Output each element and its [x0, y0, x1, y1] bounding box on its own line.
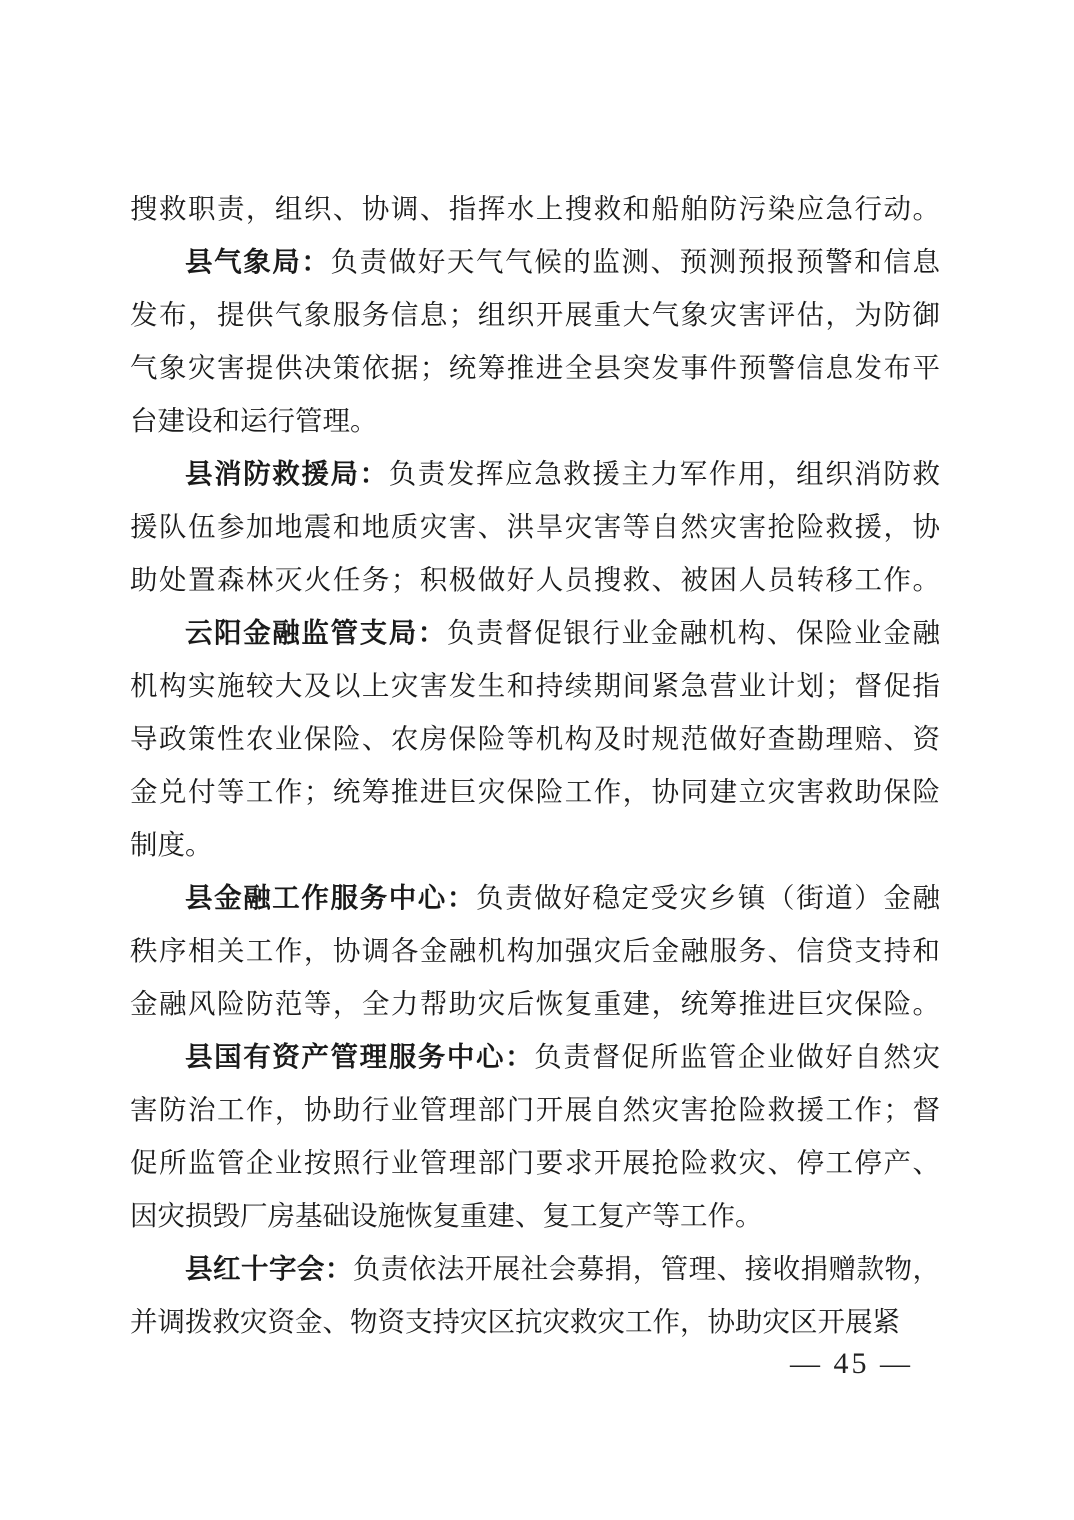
- org-name: 县消防救援局：: [185, 458, 389, 489]
- line-text: 制度。: [130, 829, 213, 860]
- line-text: 搜救职责，组织、协调、指挥水上搜救和船舶防污染应急行动。: [130, 193, 940, 224]
- line-text: 秩序相关工作，协调各金融机构加强灾后金融服务、信贷支持和: [130, 935, 940, 966]
- text-line: 台建设和运行管理。: [130, 394, 940, 447]
- org-name: 云阳金融监管支局：: [185, 617, 447, 648]
- text-line: 导政策性农业保险、农房保险等机构及时规范做好查勘理赔、资: [130, 712, 940, 765]
- text-line: 县红十字会：负责依法开展社会募捐，管理、接收捐赠款物，: [130, 1242, 940, 1295]
- text-line: 援队伍参加地震和地质灾害、洪旱灾害等自然灾害抢险救援，协: [130, 500, 940, 553]
- text-line: 县消防救援局：负责发挥应急救援主力军作用，组织消防救: [130, 447, 940, 500]
- text-line: 金兑付等工作；统筹推进巨灾保险工作，协同建立灾害救助保险: [130, 765, 940, 818]
- line-text: 台建设和运行管理。: [130, 405, 378, 436]
- text-line: 县气象局：负责做好天气气候的监测、预测预报预警和信息: [130, 235, 940, 288]
- org-name: 县金融工作服务中心：: [185, 882, 476, 913]
- line-text: 害防治工作，协助行业管理部门开展自然灾害抢险救援工作；督: [130, 1094, 940, 1125]
- line-text: 促所监管企业按照行业管理部门要求开展抢险救灾、停工停产、: [130, 1147, 940, 1178]
- org-name: 县国有资产管理服务中心：: [185, 1041, 534, 1072]
- org-name: 县气象局：: [185, 246, 331, 277]
- text-line: 金融风险防范等，全力帮助灾后恢复重建，统筹推进巨灾保险。: [130, 977, 940, 1030]
- text-line: 气象灾害提供决策依据；统筹推进全县突发事件预警信息发布平: [130, 341, 940, 394]
- text-line: 云阳金融监管支局：负责督促银行业金融机构、保险业金融: [130, 606, 940, 659]
- line-text: 机构实施较大及以上灾害发生和持续期间紧急营业计划；督促指: [130, 670, 940, 701]
- text-line: 秩序相关工作，协调各金融机构加强灾后金融服务、信贷支持和: [130, 924, 940, 977]
- line-text: 金融风险防范等，全力帮助灾后恢复重建，统筹推进巨灾保险。: [130, 988, 940, 1019]
- line-text: 因灾损毁厂房基础设施恢复重建、复工复产等工作。: [130, 1200, 763, 1231]
- line-text: 气象灾害提供决策依据；统筹推进全县突发事件预警信息发布平: [130, 352, 940, 383]
- page-number: — 45 —: [790, 1340, 913, 1388]
- line-text: 负责督促所监管企业做好自然灾: [534, 1041, 940, 1072]
- line-text: 负责依法开展社会募捐，管理、接收捐赠款物，: [353, 1253, 940, 1284]
- document-body: 搜救职责，组织、协调、指挥水上搜救和船舶防污染应急行动。 县气象局：负责做好天气…: [130, 182, 940, 1348]
- line-text: 负责发挥应急救援主力军作用，组织消防救: [389, 458, 940, 489]
- text-line: 县金融工作服务中心：负责做好稳定受灾乡镇（街道）金融: [130, 871, 940, 924]
- line-text: 助处置森林灭火任务；积极做好人员搜救、被困人员转移工作。: [130, 564, 940, 595]
- text-line: 促所监管企业按照行业管理部门要求开展抢险救灾、停工停产、: [130, 1136, 940, 1189]
- line-text: 负责督促银行业金融机构、保险业金融: [447, 617, 940, 648]
- text-line: 搜救职责，组织、协调、指挥水上搜救和船舶防污染应急行动。: [130, 182, 940, 235]
- text-line: 因灾损毁厂房基础设施恢复重建、复工复产等工作。: [130, 1189, 940, 1242]
- line-text: 负责做好稳定受灾乡镇（街道）金融: [476, 882, 940, 913]
- line-text: 发布，提供气象服务信息；组织开展重大气象灾害评估，为防御: [130, 299, 940, 330]
- line-text: 负责做好天气气候的监测、预测预报预警和信息: [331, 246, 941, 277]
- text-line: 机构实施较大及以上灾害发生和持续期间紧急营业计划；督促指: [130, 659, 940, 712]
- text-line: 害防治工作，协助行业管理部门开展自然灾害抢险救援工作；督: [130, 1083, 940, 1136]
- line-text: 导政策性农业保险、农房保险等机构及时规范做好查勘理赔、资: [130, 723, 940, 754]
- line-text: 并调拨救灾资金、物资支持灾区抗灾救灾工作，协助灾区开展紧: [130, 1306, 900, 1337]
- text-line: 助处置森林灭火任务；积极做好人员搜救、被困人员转移工作。: [130, 553, 940, 606]
- text-line: 制度。: [130, 818, 940, 871]
- text-line: 县国有资产管理服务中心：负责督促所监管企业做好自然灾: [130, 1030, 940, 1083]
- line-text: 援队伍参加地震和地质灾害、洪旱灾害等自然灾害抢险救援，协: [130, 511, 940, 542]
- line-text: 金兑付等工作；统筹推进巨灾保险工作，协同建立灾害救助保险: [130, 776, 940, 807]
- document-page: 搜救职责，组织、协调、指挥水上搜救和船舶防污染应急行动。 县气象局：负责做好天气…: [0, 0, 1074, 1520]
- org-name: 县红十字会：: [185, 1253, 353, 1284]
- text-line: 发布，提供气象服务信息；组织开展重大气象灾害评估，为防御: [130, 288, 940, 341]
